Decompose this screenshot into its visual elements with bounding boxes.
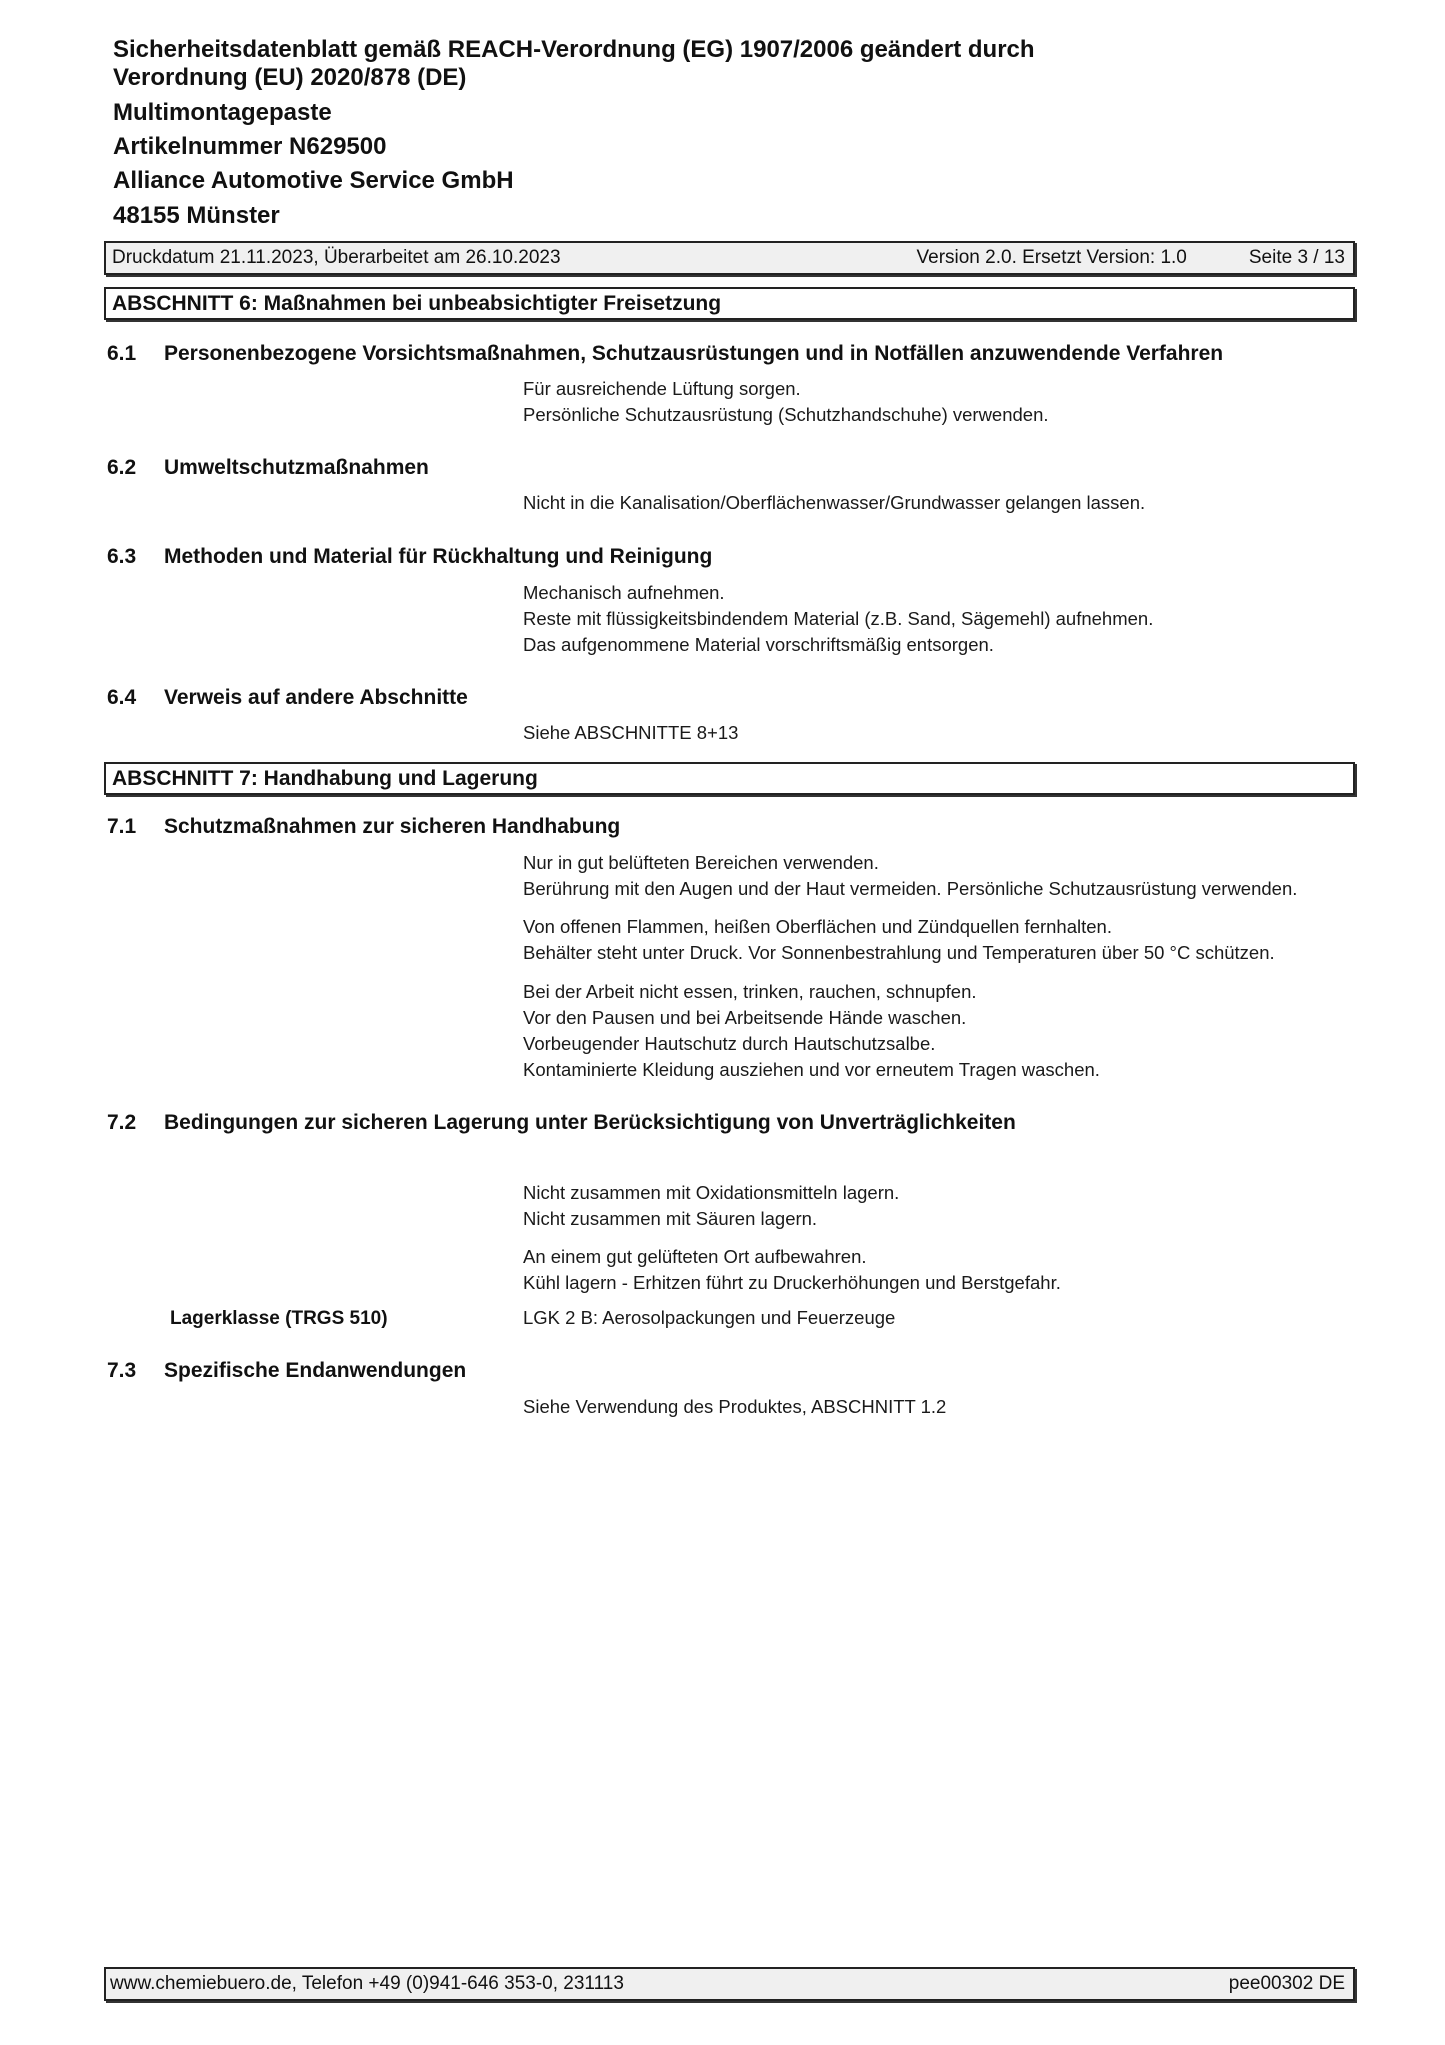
section-7-heading: ABSCHNITT 7: Handhabung und Lagerung bbox=[104, 762, 1355, 795]
subsection-6-4-body: Siehe ABSCHNITTE 8+13 bbox=[523, 720, 738, 746]
text-line: Nicht in die Kanalisation/Oberflächenwas… bbox=[523, 490, 1145, 516]
product-name: Multimontagepaste bbox=[113, 99, 332, 127]
text-line: Reste mit flüssigkeitsbindendem Material… bbox=[523, 606, 1153, 632]
subsection-7-3-body: Siehe Verwendung des Produktes, ABSCHNIT… bbox=[523, 1394, 946, 1420]
section-6-heading: ABSCHNITT 6: Maßnahmen bei unbeabsichtig… bbox=[104, 287, 1355, 320]
footer-contact: www.chemiebuero.de, Telefon +49 (0)941-6… bbox=[110, 1973, 624, 1995]
subsection-number: 6.2 bbox=[107, 456, 164, 480]
subsection-7-3-heading: 7.3 Spezifische Endanwendungen bbox=[107, 1359, 466, 1383]
document-title-line2: Verordnung (EU) 2020/878 (DE) bbox=[113, 64, 466, 92]
text-line: Kühl lagern - Erhitzen führt zu Druckerh… bbox=[523, 1270, 1061, 1296]
text-line: Vorbeugender Hautschutz durch Hautschutz… bbox=[523, 1031, 1100, 1057]
text-line: Für ausreichende Lüftung sorgen. bbox=[523, 376, 1049, 402]
text-line: LGK 2 B: Aerosolpackungen und Feuerzeuge bbox=[523, 1305, 895, 1331]
text-line: Siehe ABSCHNITTE 8+13 bbox=[523, 720, 738, 746]
text-line: Persönliche Schutzausrüstung (Schutzhand… bbox=[523, 402, 1049, 428]
subsection-title: Spezifische Endanwendungen bbox=[164, 1359, 466, 1383]
text-line: Vor den Pausen und bei Arbeitsende Hände… bbox=[523, 1005, 1100, 1031]
subsection-7-2-group1: Nicht zusammen mit Oxidationsmitteln lag… bbox=[523, 1180, 899, 1232]
storage-class-value: LGK 2 B: Aerosolpackungen und Feuerzeuge bbox=[523, 1305, 895, 1331]
subsection-6-2-body: Nicht in die Kanalisation/Oberflächenwas… bbox=[523, 490, 1145, 516]
text-line: Von offenen Flammen, heißen Oberflächen … bbox=[523, 914, 1275, 940]
subsection-number: 7.3 bbox=[107, 1359, 164, 1383]
subsection-title: Verweis auf andere Abschnitte bbox=[164, 686, 468, 710]
footer-document-code: pee00302 DE bbox=[1229, 1973, 1345, 1995]
subsection-6-4-heading: 6.4 Verweis auf andere Abschnitte bbox=[107, 686, 468, 710]
subsection-6-1-body: Für ausreichende Lüftung sorgen. Persönl… bbox=[523, 376, 1049, 428]
subsection-title: Methoden und Material für Rückhaltung un… bbox=[164, 545, 712, 569]
subsection-number: 7.1 bbox=[107, 815, 164, 839]
text-line: Nicht zusammen mit Säuren lagern. bbox=[523, 1206, 899, 1232]
version-info: Version 2.0. Ersetzt Version: 1.0 bbox=[917, 247, 1187, 269]
subsection-title: Bedingungen zur sicheren Lagerung unter … bbox=[164, 1111, 1016, 1135]
subsection-6-3-heading: 6.3 Methoden und Material für Rückhaltun… bbox=[107, 545, 712, 569]
storage-class-label: Lagerklasse (TRGS 510) bbox=[170, 1308, 388, 1330]
subsection-7-1-group1: Nur in gut belüfteten Bereichen verwende… bbox=[523, 850, 1297, 902]
subsection-6-1-heading: 6.1 Personenbezogene Vorsichtsmaßnahmen,… bbox=[107, 342, 1223, 366]
document-info-bar: Druckdatum 21.11.2023, Überarbeitet am 2… bbox=[104, 241, 1355, 275]
text-line: An einem gut gelüfteten Ort aufbewahren. bbox=[523, 1244, 1061, 1270]
text-line: Berührung mit den Augen und der Haut ver… bbox=[523, 876, 1297, 902]
text-line: Bei der Arbeit nicht essen, trinken, rau… bbox=[523, 979, 1100, 1005]
subsection-7-2-heading: 7.2 Bedingungen zur sicheren Lagerung un… bbox=[107, 1111, 1016, 1135]
company-city: 48155 Münster bbox=[113, 202, 280, 230]
text-line: Siehe Verwendung des Produktes, ABSCHNIT… bbox=[523, 1394, 946, 1420]
subsection-7-2-group2: An einem gut gelüfteten Ort aufbewahren.… bbox=[523, 1244, 1061, 1296]
print-revision-dates: Druckdatum 21.11.2023, Überarbeitet am 2… bbox=[112, 247, 917, 269]
text-line: Mechanisch aufnehmen. bbox=[523, 580, 1153, 606]
text-line: Das aufgenommene Material vorschriftsmäß… bbox=[523, 632, 1153, 658]
document-title-line1: Sicherheitsdatenblatt gemäß REACH-Verord… bbox=[113, 36, 1035, 64]
subsection-title: Personenbezogene Vorsichtsmaßnahmen, Sch… bbox=[164, 342, 1223, 366]
subsection-7-1-group3: Bei der Arbeit nicht essen, trinken, rau… bbox=[523, 979, 1100, 1083]
document-footer: www.chemiebuero.de, Telefon +49 (0)941-6… bbox=[104, 1967, 1355, 2001]
text-line: Kontaminierte Kleidung ausziehen und vor… bbox=[523, 1057, 1100, 1083]
subsection-number: 6.3 bbox=[107, 545, 164, 569]
text-line: Nicht zusammen mit Oxidationsmitteln lag… bbox=[523, 1180, 899, 1206]
page-number: Seite 3 / 13 bbox=[1249, 247, 1345, 269]
company-name: Alliance Automotive Service GmbH bbox=[113, 167, 514, 195]
subsection-number: 6.4 bbox=[107, 686, 164, 710]
subsection-title: Schutzmaßnahmen zur sicheren Handhabung bbox=[164, 815, 620, 839]
text-line: Nur in gut belüfteten Bereichen verwende… bbox=[523, 850, 1297, 876]
text-line: Behälter steht unter Druck. Vor Sonnenbe… bbox=[523, 940, 1275, 966]
subsection-number: 6.1 bbox=[107, 342, 164, 366]
subsection-7-1-group2: Von offenen Flammen, heißen Oberflächen … bbox=[523, 914, 1275, 966]
subsection-title: Umweltschutzmaßnahmen bbox=[164, 456, 429, 480]
subsection-6-3-body: Mechanisch aufnehmen. Reste mit flüssigk… bbox=[523, 580, 1153, 658]
subsection-7-1-heading: 7.1 Schutzmaßnahmen zur sicheren Handhab… bbox=[107, 815, 620, 839]
article-number: Artikelnummer N629500 bbox=[113, 133, 386, 161]
subsection-6-2-heading: 6.2 Umweltschutzmaßnahmen bbox=[107, 456, 429, 480]
subsection-number: 7.2 bbox=[107, 1111, 164, 1135]
